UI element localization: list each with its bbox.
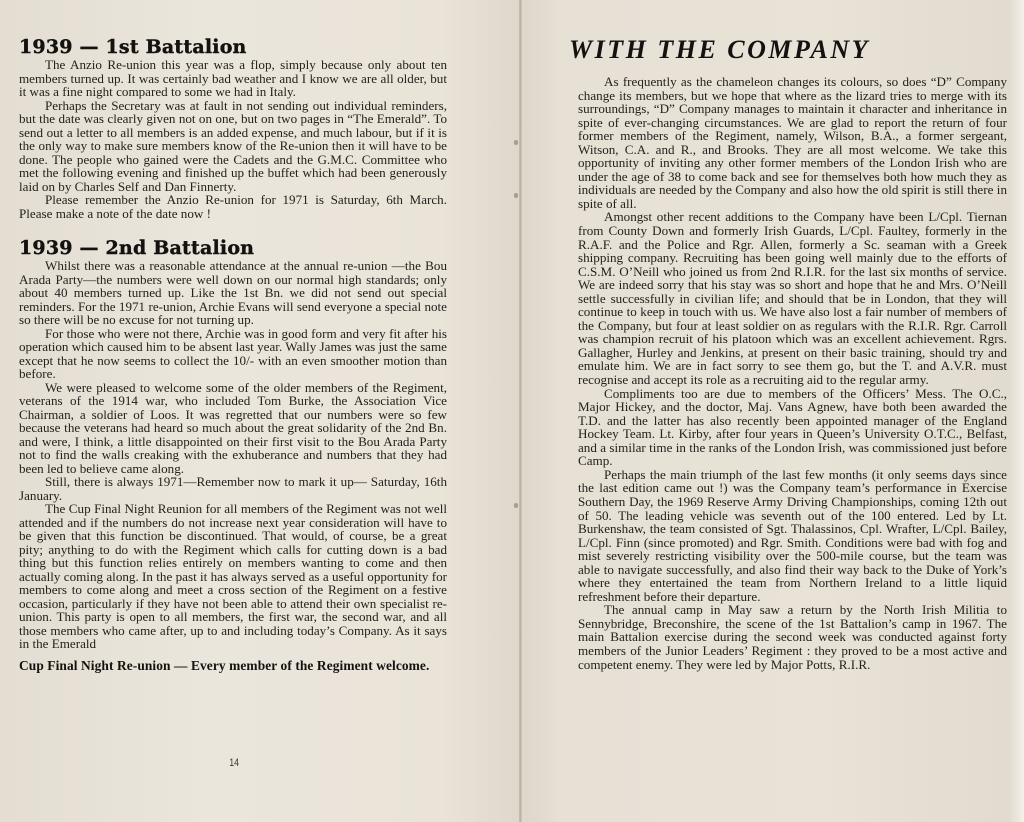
paragraph: We were pleased to welcome some of the o… <box>19 381 447 476</box>
paragraph: The annual camp in May saw a return by t… <box>578 603 1007 671</box>
closing-announcement: Cup Final Night Re-union — Every member … <box>19 658 447 673</box>
paragraph: The Cup Final Night Reunion for all memb… <box>19 502 447 651</box>
binding-staple <box>514 140 518 145</box>
paragraph: Compliments too are due to members of th… <box>578 387 1007 468</box>
page-number-left: 14 <box>229 757 239 769</box>
section-heading-2nd-battalion: 1939 — 2nd Battalion <box>19 237 447 259</box>
paragraph: Still, there is always 1971—Remember now… <box>19 475 447 502</box>
paragraph: Whilst there was a reasonable attendance… <box>19 259 447 327</box>
section-heading-1st-battalion: 1939 — 1st Battalion <box>19 36 447 58</box>
right-page-content: WITH THE COMPANY As frequently as the ch… <box>578 36 1007 671</box>
paragraph: Perhaps the main triumph of the last few… <box>578 468 1007 603</box>
paragraph: Please remember the Anzio Re-union for 1… <box>19 193 447 220</box>
paragraph: As frequently as the chameleon changes i… <box>578 75 1007 210</box>
paragraph: The Anzio Re-union this year was a flop,… <box>19 58 447 99</box>
paragraph: Perhaps the Secretary was at fault in no… <box>19 99 447 194</box>
page-heading-with-the-company: WITH THE COMPANY <box>569 35 1007 65</box>
binding-staple <box>514 503 518 508</box>
book-gutter <box>519 0 522 822</box>
left-page: 1939 — 1st Battalion The Anzio Re-union … <box>0 0 521 822</box>
left-page-content: 1939 — 1st Battalion The Anzio Re-union … <box>19 36 447 673</box>
binding-staple <box>514 193 518 198</box>
paragraph: Amongst other recent additions to the Co… <box>578 210 1007 386</box>
paragraph: For those who were not there, Archie was… <box>19 327 447 381</box>
